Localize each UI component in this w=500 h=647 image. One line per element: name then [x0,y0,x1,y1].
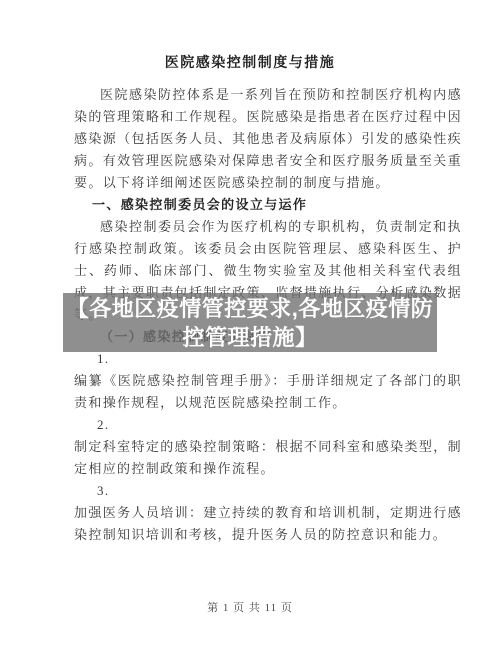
document-title: 医院感染控制制度与措施 [0,0,500,74]
watermark-banner-line2: 控管理措施】 [182,323,317,352]
section1-heading: 一、感染控制委员会的设立与运作 [74,194,462,216]
list-item-2: 制定科室特定的感染控制策略：根据不同科室和感染类型，制定相应的控制政策和操作流程… [74,436,462,480]
list-item-1: 编纂《医院感染控制管理手册》：手册详细规定了各部门的职责和操作规程，以规范医院感… [74,370,462,414]
watermark-banner-line1: 【各地区疫情管控要求,各地区疫情防 [67,294,434,323]
intro-paragraph: 医院感染防控体系是一系列旨在预防和控制医疗机构内感染的管理策略和工作规程。医院感… [74,84,462,194]
list-number-3: 3. [74,480,462,502]
watermark-banner: 【各地区疫情管控要求,各地区疫情防 控管理措施】 [63,293,437,352]
list-number-2: 2. [74,414,462,436]
list-item-3: 加强医务人员培训：建立持续的教育和培训机制，定期进行感染控制知识培训和考核，提升… [74,502,462,546]
document-page: 医院感染控制制度与措施 医院感染防控体系是一系列旨在预防和控制医疗机构内感染的管… [0,0,500,647]
page-number-footer: 第 1 页 共 11 页 [0,597,500,619]
